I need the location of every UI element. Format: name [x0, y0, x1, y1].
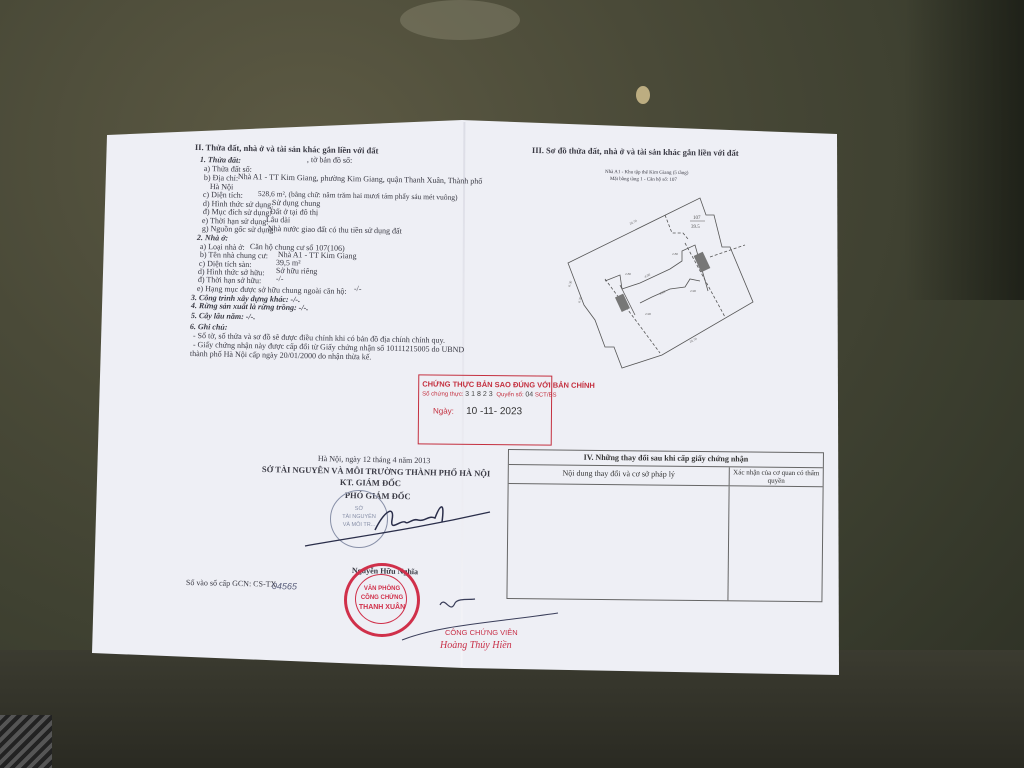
col-authority-confirmation: Xác nhận của cơ quan có thẩm quyền: [730, 467, 823, 486]
date-line: Hà Nội, ngày 12 tháng 4 năm 2013: [318, 454, 431, 466]
certification-date: 10 -11- 2023: [466, 406, 522, 417]
svg-text:2.90: 2.90: [690, 289, 696, 293]
diagram-caption-1: Nhà A1 - Khu tập thể Kim Giang (5 tầng): [605, 170, 689, 177]
background-grate: [0, 715, 52, 768]
notary-signature: [400, 595, 560, 645]
director-signature: [300, 500, 500, 550]
svg-text:6.70: 6.70: [577, 296, 583, 303]
svg-text:4.00: 4.00: [659, 290, 666, 296]
book-suffix: SCT/BS: [535, 392, 557, 398]
house-e-value: -/-: [276, 274, 284, 284]
item-5: 5. Cây lâu năm: -/-.: [191, 311, 256, 322]
house-f-value: -/-: [354, 284, 362, 294]
svg-text:2.80: 2.80: [672, 252, 678, 256]
svg-text:107: 107: [693, 216, 701, 221]
cert-number: 31823: [465, 391, 495, 398]
leaf: [636, 86, 650, 104]
svg-text:39.5: 39.5: [691, 225, 700, 230]
svg-text:26.70: 26.70: [689, 337, 698, 344]
for-director: KT. GIÁM ĐỐC: [340, 477, 401, 488]
svg-text:2.90: 2.90: [645, 312, 651, 316]
col-change-content: Nội dung thay đổi và cơ sở pháp lý: [509, 465, 730, 485]
notary-name: Hoàng Thúy Hiền: [440, 640, 512, 651]
diagram-caption-2: Mặt bằng tầng 1 - Căn hộ số: 107: [610, 177, 677, 184]
floor-plan-diagram: 107 39.5 26.70 26.70 6.30 6.70 2.80 4.00…: [560, 195, 770, 375]
notary-title: CÔNG CHỨNG VIÊN: [445, 628, 518, 637]
background-shadow: [904, 0, 1024, 300]
registry-number: 04565: [272, 581, 297, 591]
book-label: Quyển số:: [496, 392, 523, 398]
cert-number-label: Số chứng thực:: [422, 391, 463, 397]
book-number: 04: [525, 391, 533, 398]
map-sheet: , tờ bản đồ số:: [307, 155, 353, 166]
background-stain: [400, 0, 520, 40]
authority-cell: [728, 486, 822, 601]
svg-text:2.80: 2.80: [625, 272, 631, 276]
svg-text:26.70: 26.70: [629, 219, 638, 226]
changes-table: IV. Những thay đổi sau khi cấp giấy chứn…: [506, 449, 824, 602]
date-label: Ngày:: [433, 407, 454, 416]
certification-stamp: CHỨNG THỰC BẢN SAO ĐÚNG VỚI BẢN CHÍNH Số…: [418, 374, 553, 445]
registry-label: Số vào sổ cấp GCN: CS-TX: [186, 578, 277, 590]
change-content-cell: [507, 484, 729, 600]
svg-text:6.30: 6.30: [567, 280, 573, 287]
